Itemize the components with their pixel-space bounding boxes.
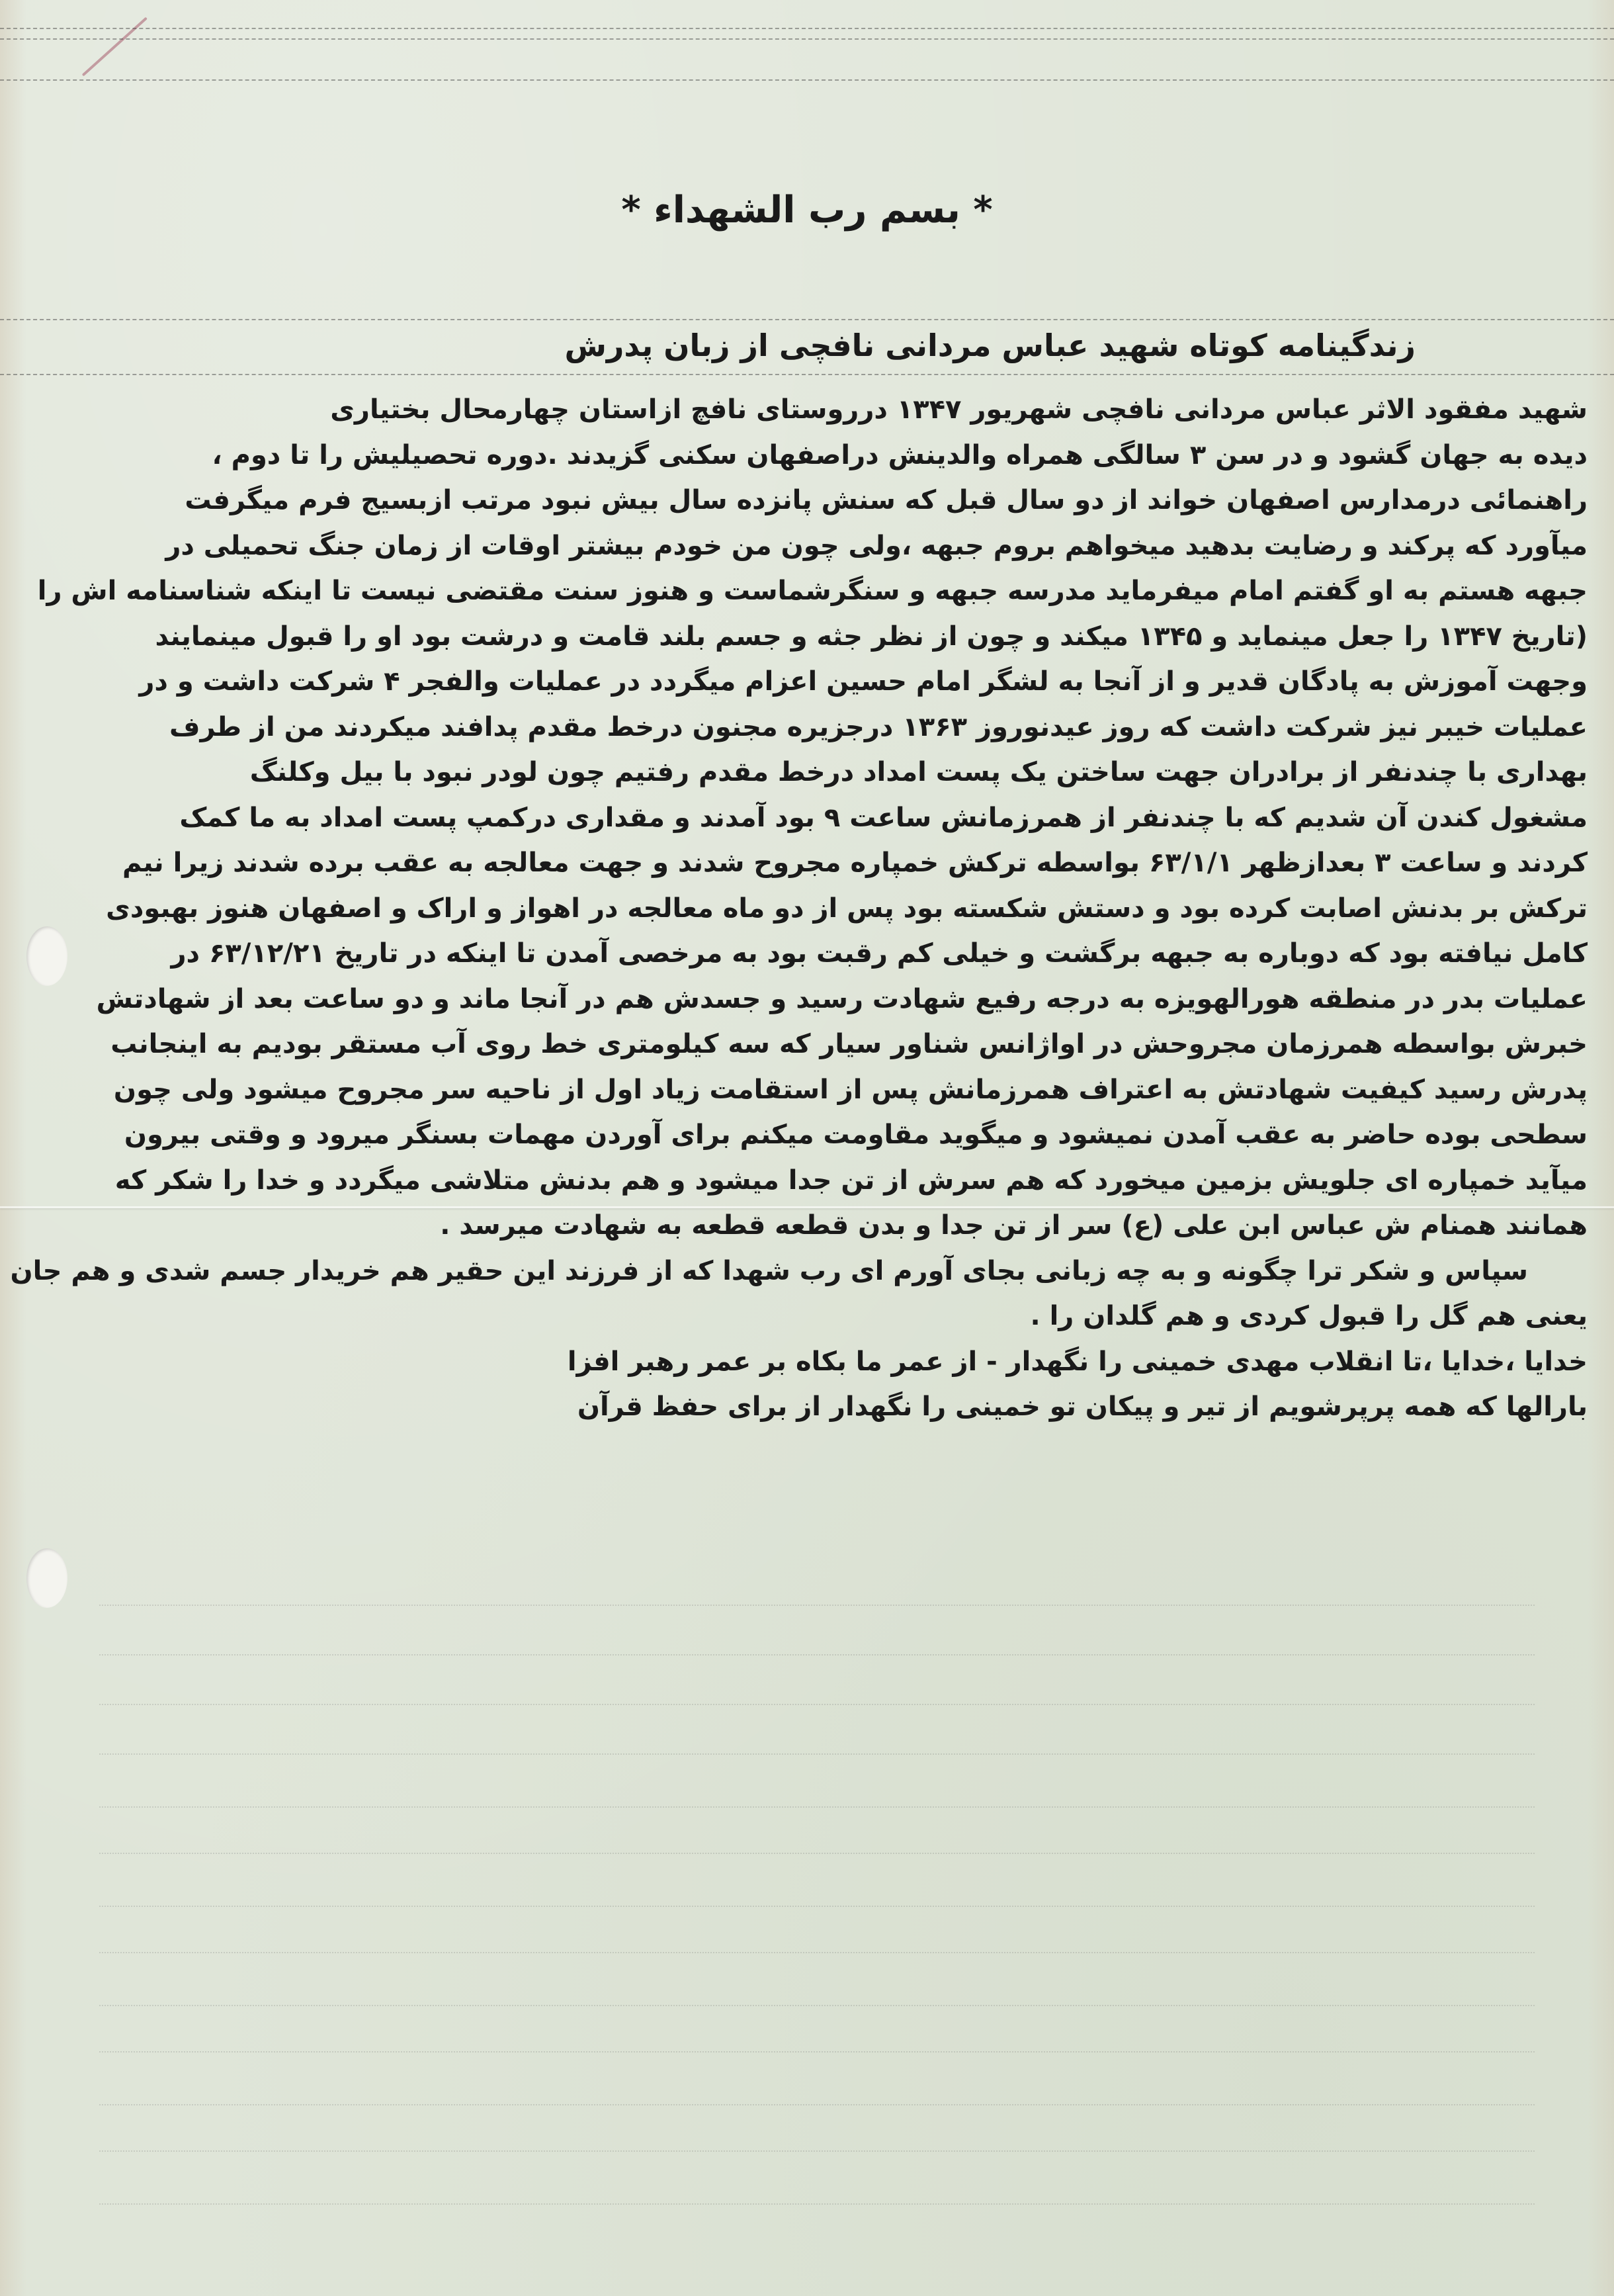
text-line: خدایا ،خدایا ،تا انقلاب مهدی خمینی را نگ…: [26, 1339, 1588, 1385]
bleed-through: [99, 2104, 1535, 2119]
bleed-through: [99, 2150, 1535, 2165]
bleed-through: [99, 1853, 1535, 1867]
pen-mark: [82, 17, 148, 77]
text-line: ترکش بر بدنش اصابت کرده بود و دستش شکسته…: [26, 886, 1588, 932]
text-line: سطحی بوده حاضر به عقب آمدن نمیشود و میگو…: [26, 1112, 1588, 1158]
text-line: وجهت آموزش به پادگان قدیر و از آنجا به ل…: [26, 659, 1588, 705]
title-rule-bottom: [0, 374, 1614, 375]
bleed-through: [99, 2005, 1535, 2019]
text-line: کامل نیافته بود که دوباره به جبهه برگشت …: [26, 931, 1588, 977]
bleed-through: [99, 1704, 1535, 1718]
paper-edge-left: [0, 0, 26, 2296]
punch-hole: [26, 1548, 67, 1608]
text-line: عملیات خیبر نیز شرکت داشت که روز عیدنورو…: [26, 705, 1588, 750]
text-line: (تاریخ ۱۳۴۷ را جعل مینماید و ۱۳۴۵ میکند …: [26, 614, 1588, 660]
faint-rule: [0, 28, 1614, 29]
faint-rule: [0, 79, 1614, 81]
title-rule-top: [0, 319, 1614, 320]
biography-text: شهید مفقود الاثر عباس مردانی نافچی شهریو…: [26, 387, 1588, 1430]
bleed-through: [99, 1806, 1535, 1821]
text-line: یعنی هم گل را قبول کردی و هم گلدان را .: [26, 1294, 1588, 1339]
text-line: شهید مفقود الاثر عباس مردانی نافچی شهریو…: [26, 387, 1588, 433]
text-line: کردند و ساعت ۳ بعدازظهر ۶۳/۱/۱ بواسطه تر…: [26, 840, 1588, 886]
bleed-through: [99, 1605, 1535, 1619]
text-line: مشغول کندن آن شدیم که با چندنفر از همرزم…: [26, 795, 1588, 841]
text-line: دیده به جهان گشود و در سن ۳ سالگی همراه …: [26, 433, 1588, 478]
bleed-through: [99, 2203, 1535, 2218]
page-heading: * بسم رب الشهداء *: [0, 189, 1614, 232]
document-title: زندگینامه کوتاه شهید عباس مردانی نافچی ا…: [564, 328, 1416, 363]
text-line: عملیات بدر در منطقه هورالهویزه به درجه ر…: [26, 977, 1588, 1022]
bleed-through: [99, 1753, 1535, 1768]
text-line: بهداری با چندنفر از برادران جهت ساختن یک…: [26, 750, 1588, 795]
text-line: راهنمائی درمدارس اصفهان خواند از دو سال …: [26, 478, 1588, 523]
text-line: بارالها که همه پرپرشویم از تیر و پیکان ت…: [26, 1384, 1588, 1430]
text-line: خبرش بواسطه همرزمان مجروحش در اواژانس شن…: [26, 1022, 1588, 1067]
text-line: پدرش رسید کیفیت شهادتش به اعتراف همرزمان…: [26, 1067, 1588, 1113]
faint-rule: [0, 38, 1614, 40]
text-line: سپاس و شکر ترا چگونه و به چه زبانی بجای …: [26, 1249, 1588, 1294]
text-line: همانند همنام ش عباس ابن علی (ع) سر از تن…: [26, 1203, 1588, 1249]
text-line: میآید خمپاره ای جلویش بزمین میخورد که هم…: [26, 1158, 1588, 1204]
bleed-through: [99, 1952, 1535, 1966]
paper-edge-right: [1588, 0, 1614, 2296]
bleed-through: [99, 1906, 1535, 1920]
bleed-through: [99, 2051, 1535, 2066]
bleed-through: [99, 1654, 1535, 1669]
text-line: میآورد که پرکند و رضایت بدهید میخواهم بر…: [26, 523, 1588, 569]
text-line: جبهه هستم به او گفتم امام میفرماید مدرسه…: [26, 568, 1588, 614]
